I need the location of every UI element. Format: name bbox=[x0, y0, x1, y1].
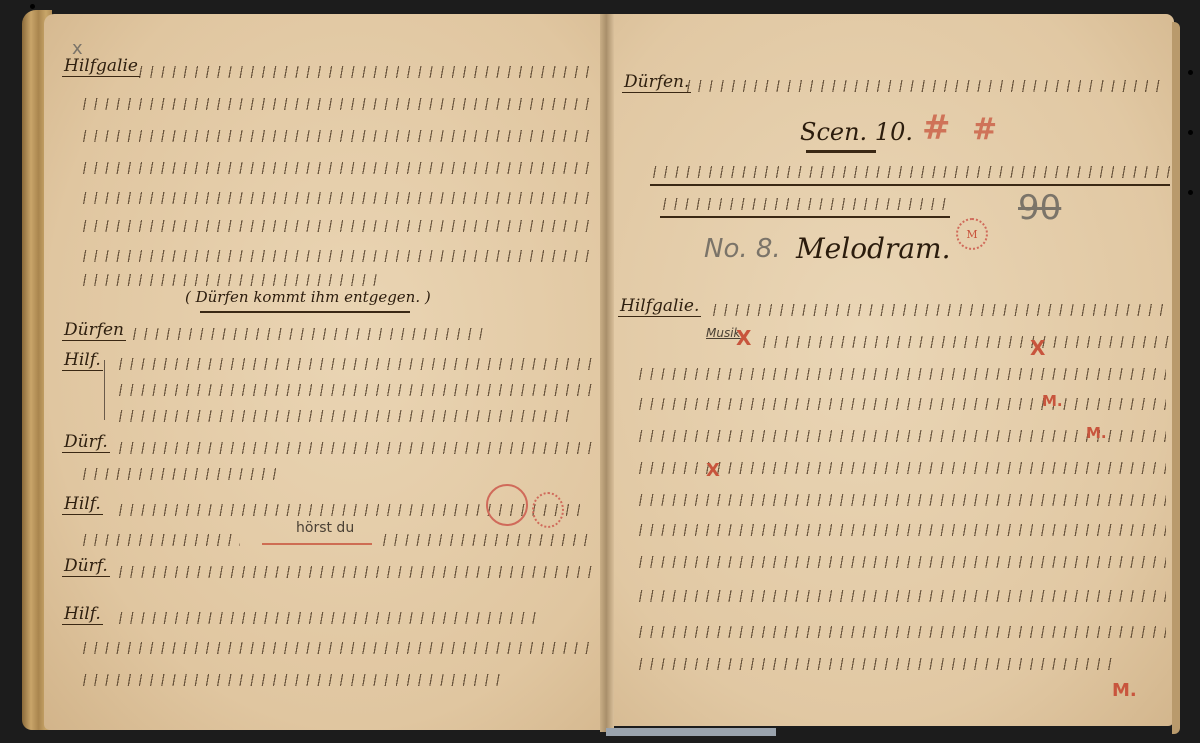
red-stamp: M bbox=[956, 218, 988, 250]
script-line bbox=[80, 124, 595, 148]
pencil-number: 90 bbox=[1018, 188, 1061, 228]
section-title: Melodram. bbox=[796, 232, 951, 265]
interlinear-insertion: hörst du bbox=[296, 520, 354, 536]
script-line bbox=[80, 528, 240, 552]
scene-heading: Scen. 10. bbox=[800, 118, 913, 146]
mount-hole bbox=[1188, 190, 1193, 195]
red-m-mark: M. bbox=[1112, 680, 1137, 701]
script-line bbox=[80, 462, 280, 486]
script-line bbox=[636, 652, 1116, 676]
script-line bbox=[80, 668, 500, 692]
script-line bbox=[636, 620, 1166, 644]
script-line bbox=[80, 186, 595, 210]
speaker-label: Hilf. bbox=[62, 350, 103, 371]
red-hash-mark: # bbox=[922, 108, 951, 148]
script-line bbox=[116, 436, 596, 460]
script-line bbox=[116, 378, 596, 402]
red-x-mark: X bbox=[1030, 336, 1045, 360]
stage-direction-underline bbox=[650, 184, 1170, 186]
stage-direction: ( Dürfen kommt ihm entgegen. ) bbox=[185, 288, 431, 306]
script-line bbox=[130, 322, 490, 346]
script-line bbox=[80, 92, 595, 116]
script-line bbox=[710, 298, 1170, 322]
red-x-mark: X bbox=[706, 460, 720, 481]
speaker-label: Dürfen bbox=[62, 320, 126, 341]
speaker-label: Hilf. bbox=[62, 604, 103, 625]
mount-hole bbox=[1188, 130, 1193, 135]
script-line bbox=[80, 636, 595, 660]
binding-tape bbox=[606, 728, 776, 736]
stage-direction-line bbox=[660, 192, 950, 216]
stage-direction-underline bbox=[660, 216, 950, 218]
script-line bbox=[636, 392, 1166, 416]
red-circled-mark bbox=[486, 484, 528, 526]
red-m-mark: M. bbox=[1042, 392, 1063, 410]
script-line bbox=[380, 528, 590, 552]
speaker-label: Dürfen. bbox=[622, 72, 691, 93]
script-line bbox=[80, 214, 595, 238]
script-line bbox=[636, 550, 1166, 574]
script-line bbox=[760, 330, 1170, 354]
script-line bbox=[116, 352, 596, 376]
script-line bbox=[636, 362, 1166, 386]
number-label: No. 8. bbox=[704, 234, 781, 264]
mount-hole bbox=[30, 4, 35, 9]
script-line bbox=[636, 518, 1166, 542]
script-line bbox=[116, 606, 536, 630]
scene-heading-underline bbox=[806, 150, 876, 153]
script-line bbox=[636, 488, 1166, 512]
script-line bbox=[684, 74, 1164, 98]
speaker-label: Dürf. bbox=[62, 556, 110, 577]
script-line bbox=[636, 584, 1166, 608]
script-line bbox=[116, 404, 576, 428]
script-line bbox=[136, 60, 596, 84]
speaker-label: Hilf. bbox=[62, 494, 103, 515]
script-line bbox=[80, 156, 595, 180]
red-m-mark: M. bbox=[1086, 424, 1107, 442]
red-strikethrough bbox=[262, 543, 372, 545]
mount-hole bbox=[1188, 70, 1193, 75]
stage-direction-line bbox=[650, 160, 1170, 184]
script-line bbox=[80, 244, 595, 268]
margin-line bbox=[104, 360, 105, 420]
right-page-edge bbox=[1172, 22, 1180, 734]
red-stamp bbox=[532, 492, 564, 528]
book-gutter bbox=[600, 14, 614, 732]
speaker-label: Hilfgalie bbox=[62, 56, 140, 77]
stage-direction-underline bbox=[200, 311, 410, 313]
red-hash-mark: # bbox=[972, 112, 997, 147]
speaker-label: Dürf. bbox=[62, 432, 110, 453]
speaker-label: Hilfgalie. bbox=[618, 296, 701, 317]
red-x-mark: X bbox=[736, 326, 751, 350]
script-line bbox=[116, 560, 596, 584]
